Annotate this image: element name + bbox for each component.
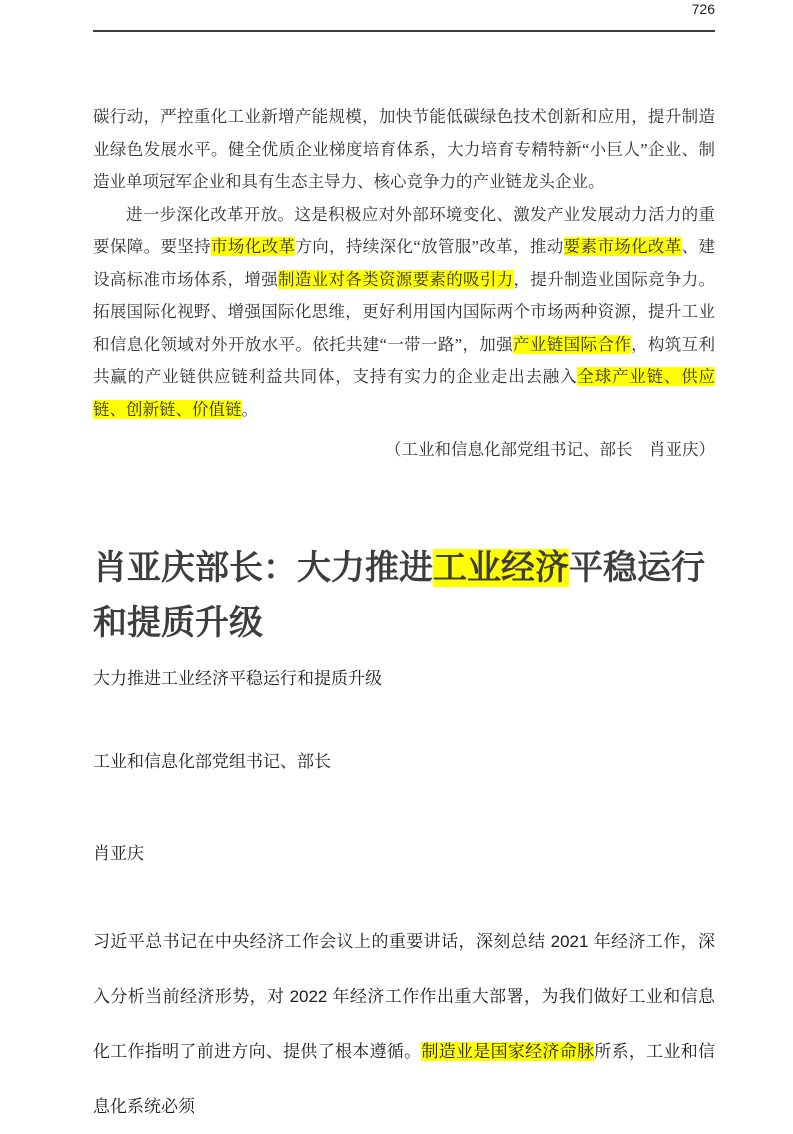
text-run: 碳行动，严控重化工业新增产能规模，加快节能低碳绿色技术创新和应用，提升制造业绿色… bbox=[93, 107, 715, 191]
text-run: 肖亚庆部长：大力推进 bbox=[93, 549, 433, 587]
article-body: 习近平总书记在中央经济工作会议上的重要讲话，深刻总结 2021 年经济工作，深入… bbox=[93, 914, 715, 1134]
article-section: 肖亚庆部长：大力推进工业经济平稳运行和提质升级 大力推进工业经济平稳运行和提质升… bbox=[93, 541, 715, 1134]
text-run: 。 bbox=[242, 400, 259, 419]
attribution-line: （工业和信息化部党组书记、部长 肖亚庆） bbox=[93, 434, 715, 467]
highlighted-text: 市场化改革 bbox=[211, 237, 295, 256]
excerpt-section: 碳行动，严控重化工业新增产能规模，加快节能低碳绿色技术创新和应用，提升制造业绿色… bbox=[93, 101, 715, 426]
highlighted-text: 要素市场化改革 bbox=[564, 237, 682, 256]
author-name: 肖亚庆 bbox=[93, 839, 715, 869]
excerpt-paragraph-1: 碳行动，严控重化工业新增产能规模，加快节能低碳绿色技术创新和应用，提升制造业绿色… bbox=[93, 101, 715, 199]
page-number: 726 bbox=[93, 0, 715, 17]
article-title: 肖亚庆部长：大力推进工业经济平稳运行和提质升级 bbox=[93, 541, 715, 651]
author-title: 工业和信息化部党组书记、部长 bbox=[93, 747, 715, 777]
highlighted-text: 工业经济 bbox=[433, 549, 569, 587]
text-run: 方向，持续深化“放管服”改革，推动 bbox=[295, 237, 563, 256]
highlighted-text: 制造业是国家经济命脉 bbox=[421, 1042, 594, 1061]
article-body-paragraph: 习近平总书记在中央经济工作会议上的重要讲话，深刻总结 2021 年经济工作，深入… bbox=[93, 914, 715, 1134]
header-rule bbox=[93, 30, 715, 32]
excerpt-paragraph-2: 进一步深化改革开放。这是积极应对外部环境变化、激发产业发展动力活力的重要保障。要… bbox=[93, 199, 715, 427]
highlighted-text: 制造业对各类资源要素的吸引力 bbox=[278, 270, 513, 289]
article-subtitle: 大力推进工业经济平稳运行和提质升级 bbox=[93, 664, 715, 694]
highlighted-text: 产业链国际合作 bbox=[513, 335, 631, 354]
document-page: 726 碳行动，严控重化工业新增产能规模，加快节能低碳绿色技术创新和应用，提升制… bbox=[0, 0, 793, 1122]
